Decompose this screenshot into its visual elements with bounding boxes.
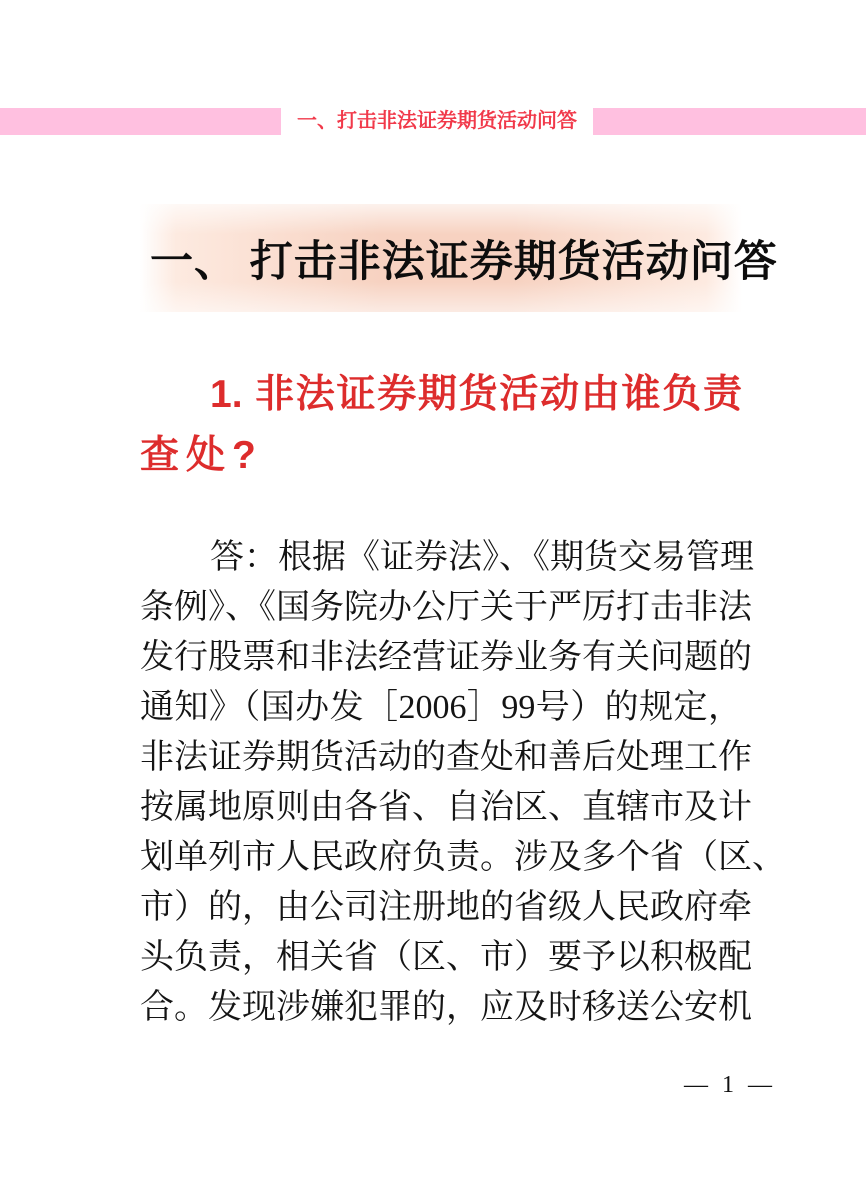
question-line-2: 查处? [140, 425, 742, 486]
answer-line: 市）的，由公司注册地的省级人民政府牵 [140, 883, 742, 933]
answer-line: 答：根据《证券法》、《期货交易管理 [140, 533, 742, 583]
chapter-title-band: 一、 打击非法证券期货活动问答 [140, 204, 742, 312]
answer-paragraph: 答：根据《证券法》、《期货交易管理 条例》、《国务院办公厅关于严厉打击非法 发行… [140, 533, 742, 1033]
running-header-title: 一、打击非法证券期货活动问答 [281, 108, 593, 135]
answer-line: 条例》、《国务院办公厅关于严厉打击非法 [140, 583, 742, 633]
answer-line: 按属地原则由各省、自治区、直辖市及计 [140, 783, 742, 833]
header-right-bar [593, 108, 866, 135]
running-header: 一、打击非法证券期货活动问答 [0, 108, 866, 135]
answer-line: 头负责，相关省（区、市）要予以积极配 [140, 933, 742, 983]
header-left-bar [0, 108, 281, 135]
chapter-title: 一、 打击非法证券期货活动问答 [140, 228, 742, 289]
page-number: — 1 — [684, 1072, 776, 1098]
page-footer: — 1 — [684, 1072, 776, 1099]
answer-line: 通知》（国办发［2006］99号）的规定， [140, 683, 742, 733]
document-page: 一、打击非法证券期货活动问答 一、 打击非法证券期货活动问答 1. 非法证券期货… [0, 0, 866, 1189]
answer-line: 非法证券期货活动的查处和善后处理工作 [140, 733, 742, 783]
question-heading: 1. 非法证券期货活动由谁负责 查处? [140, 364, 742, 486]
question-line-1: 1. 非法证券期货活动由谁负责 [140, 364, 742, 425]
answer-line: 发行股票和非法经营证券业务有关问题的 [140, 633, 742, 683]
answer-line: 合。发现涉嫌犯罪的，应及时移送公安机 [140, 983, 742, 1033]
answer-line: 划单列市人民政府负责。涉及多个省（区、 [140, 833, 742, 883]
